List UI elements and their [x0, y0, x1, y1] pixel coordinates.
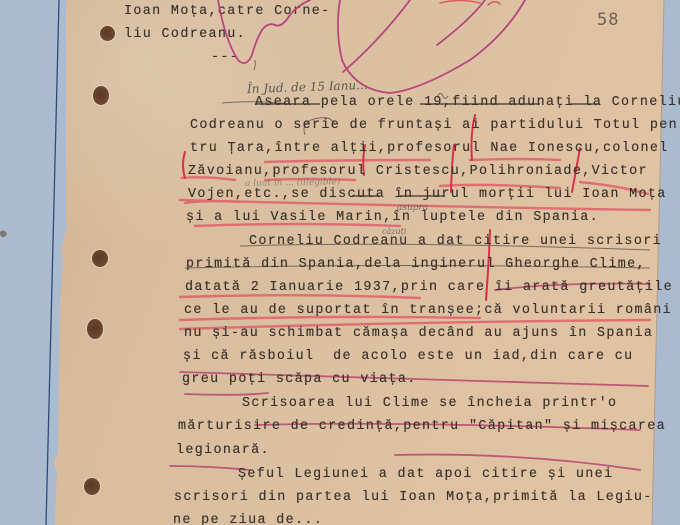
body-line: tru Țara,între alții,profesorul Nae Ione…	[190, 141, 669, 156]
handwritten-note-asupra: asupra	[397, 203, 428, 213]
body-line: scrisori din partea lui Ioan Moța,primit…	[174, 490, 653, 505]
body-line: legionară.	[176, 443, 270, 458]
body-line: și a lui Vasile Marin,în luptele din Spa…	[186, 210, 599, 225]
body-line: Scrisoarea lui Clime se încheia printr'o	[242, 396, 617, 411]
body-line: ne pe ziua de...	[173, 513, 323, 525]
handwritten-note-above-vojen: a luat în ... (illegible)	[245, 177, 340, 189]
body-line: datată 2 Ianuarie 1937,prin care îi arat…	[185, 280, 673, 295]
body-line: mărturisire de credință,pentru "Căpitan"…	[178, 419, 666, 434]
header-line-2: liu Codreanu.	[124, 27, 246, 42]
separator: ---	[211, 50, 239, 65]
body-line: greu poți scăpa cu viața.	[182, 372, 417, 387]
body-line: ce le au de suportat în tranșee;că volun…	[184, 303, 672, 318]
folio-number: 58	[597, 10, 619, 30]
body-line: Vojen,etc.,se discuta în jurul morții lu…	[188, 187, 667, 202]
body-line: Zăvoianu,profesorul Cristescu,Polihronia…	[188, 164, 648, 179]
body-line: Corneliu Codreanu a dat citire unei scri…	[249, 234, 662, 249]
body-line: și că răsboiul de acolo este un iad,din …	[183, 349, 634, 364]
body-line: Șeful Legiunei a dat apoi citire și unei	[238, 467, 613, 482]
body-line: Codreanu o serie de fruntași ai partidul…	[190, 118, 680, 133]
body-line: Aseara pela orele 19,fiind adunați la Co…	[255, 95, 680, 110]
handwritten-note-cazuti: căzuți	[382, 227, 406, 236]
header-line-1: Ioan Moța,catre Corne-	[124, 4, 331, 19]
body-line: nu și-au schimbat cămașa decând au ajuns…	[184, 326, 653, 341]
body-line: primită din Spania,dela inginerul Gheorg…	[186, 257, 646, 272]
